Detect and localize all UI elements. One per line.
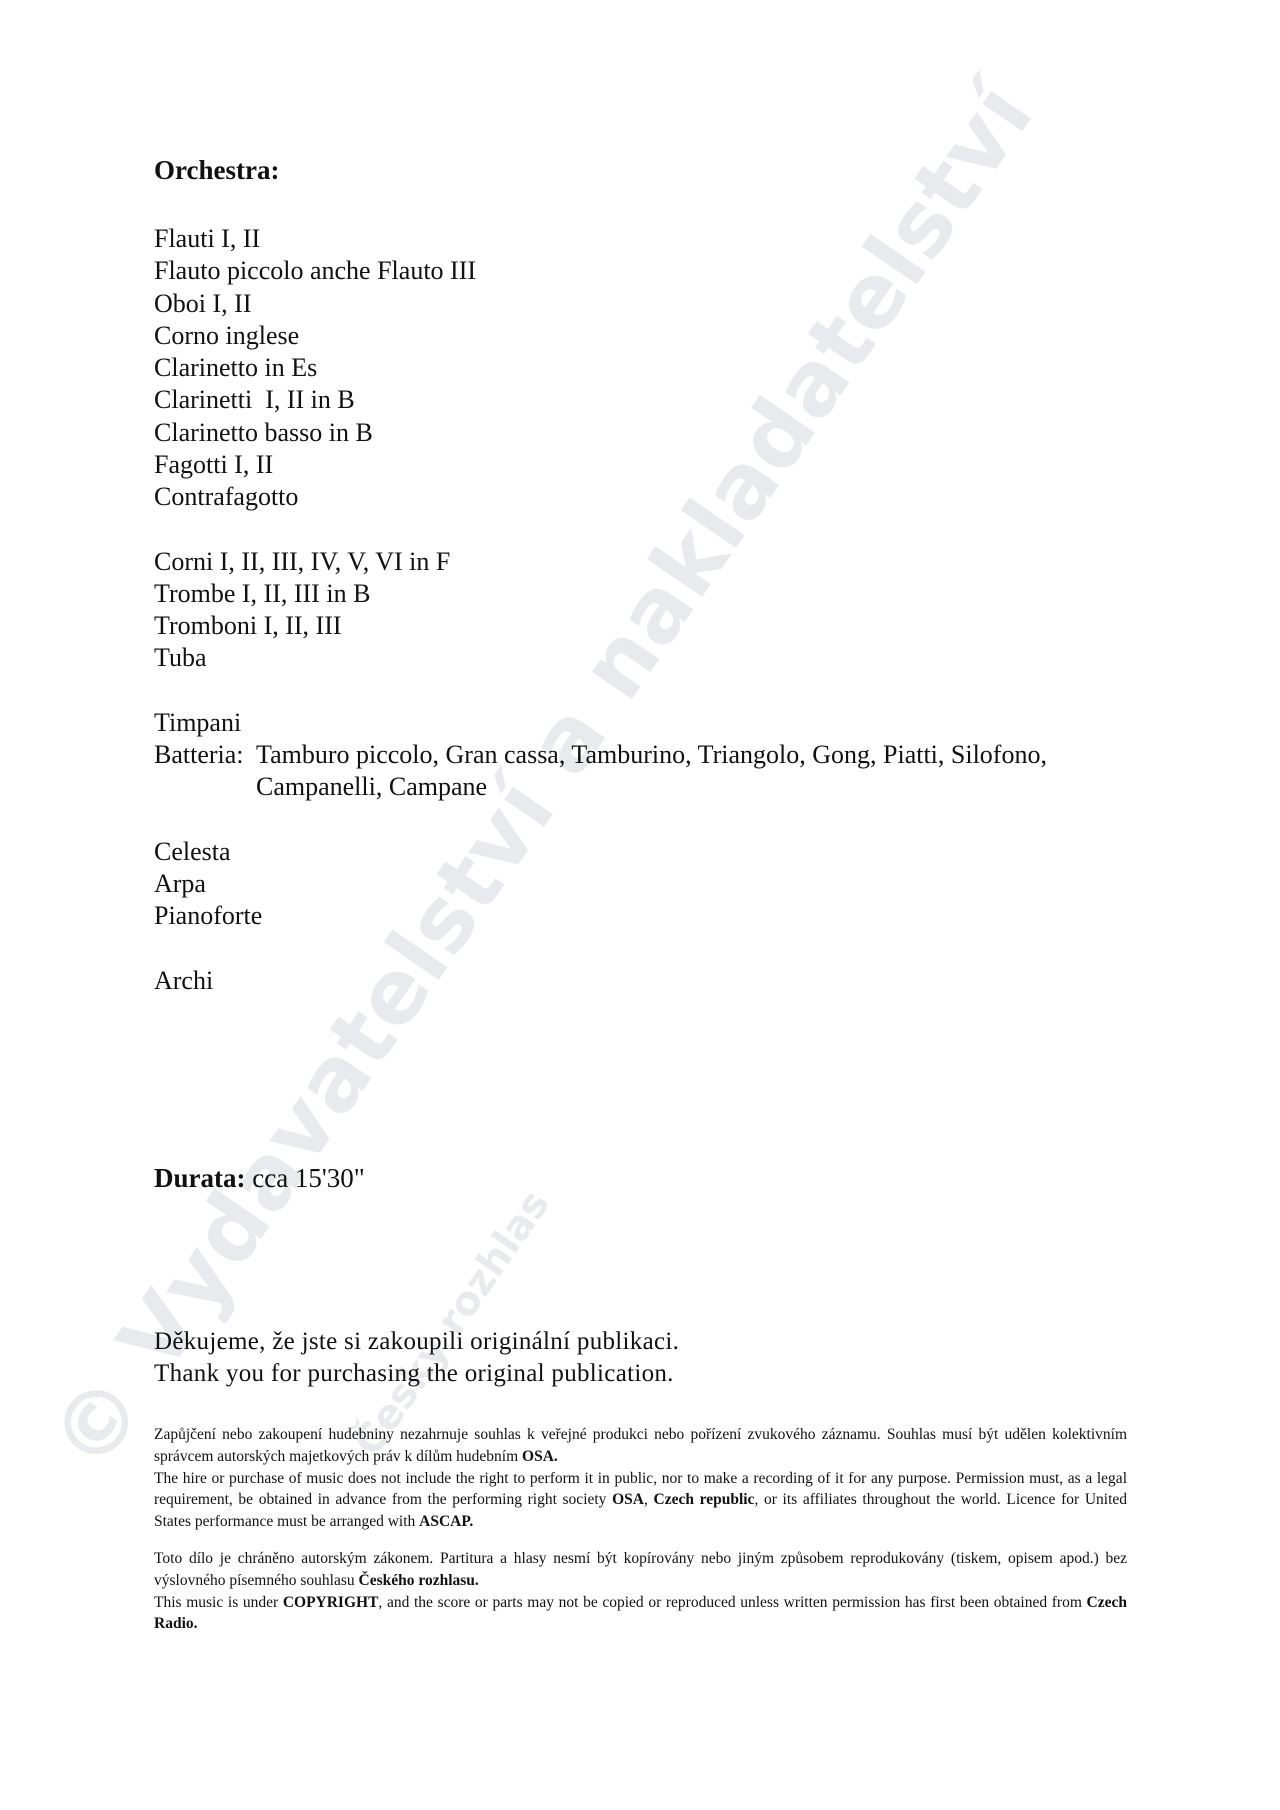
instrument-item: Clarinetto in Es [154,352,1047,384]
duration-label: Durata: [154,1163,245,1193]
thank-you-czech: Děkujeme, že jste si zakoupili origináln… [154,1326,679,1358]
instrument-item: Tuba [154,642,1047,674]
instrument-item: Clarinetto basso in B [154,417,1047,449]
instrument-item: Oboi I, II [154,288,1047,320]
copyright-text: This music is under [154,1594,283,1611]
cesky-rozhlas-bold: Českého rozhlasu. [359,1572,479,1589]
document-page: © Vydavatelství a nakladatelství Český r… [0,0,1280,1810]
rights-text: , [644,1491,654,1508]
czech-republic-bold: Czech republic [654,1491,755,1508]
section-spacer [154,675,1047,707]
instrument-item: Flauto piccolo anche Flauto III [154,255,1047,287]
batteria-instruments: Tamburo piccolo, Gran cassa, Tamburino, … [256,739,1047,771]
instrument-item: Flauti I, II [154,223,1047,255]
ascap-bold: ASCAP. [419,1513,473,1530]
instrumentation-list: Flauti I, II Flauto piccolo anche Flauto… [154,223,1047,997]
batteria-continuation: Campanelli, Campane [154,771,1047,803]
instrument-item: Arpa [154,868,1047,900]
copyright-bold: COPYRIGHT [283,1594,379,1611]
instrument-item: Clarinetti I, II in B [154,384,1047,416]
instrument-item: Celesta [154,836,1047,868]
osa-bold: OSA. [522,1448,558,1465]
page-content: Orchestra: Flauti I, II Flauto piccolo a… [0,0,1280,1810]
copyright-text: , and the score or parts may not be copi… [378,1594,1086,1611]
instrument-item: Tromboni I, II, III [154,610,1047,642]
instrument-item: Pianoforte [154,900,1047,932]
instrument-item: Archi [154,965,1047,997]
orchestra-heading: Orchestra: [154,152,279,188]
instrument-item: Trombe I, II, III in B [154,578,1047,610]
duration-value: cca 15'30" [252,1163,365,1193]
batteria-line: Batteria: Tamburo piccolo, Gran cassa, T… [154,739,1047,771]
copyright-text: Toto dílo je chráněno autorským zákonem.… [154,1550,1127,1589]
section-spacer [154,804,1047,836]
rights-notice-english: The hire or purchase of music does not i… [154,1468,1127,1533]
thank-you-english: Thank you for purchasing the original pu… [154,1358,679,1390]
copyright-notice: Toto dílo je chráněno autorským zákonem.… [154,1548,1127,1635]
performance-rights-notice: Zapůjčení nebo zakoupení hudebniny nezah… [154,1424,1127,1533]
instrument-item: Corni I, II, III, IV, V, VI in F [154,546,1047,578]
section-spacer [154,933,1047,965]
instrument-item: Fagotti I, II [154,449,1047,481]
instrument-item: Timpani [154,707,1047,739]
section-spacer [154,513,1047,545]
rights-text: Zapůjčení nebo zakoupení hudebniny nezah… [154,1426,1127,1465]
copyright-notice-english: This music is under COPYRIGHT, and the s… [154,1592,1127,1636]
osa-bold: OSA [612,1491,644,1508]
thank-you-note: Děkujeme, že jste si zakoupili origináln… [154,1326,679,1390]
copyright-notice-czech: Toto dílo je chráněno autorským zákonem.… [154,1548,1127,1592]
duration-line: Durata: cca 15'30" [154,1160,365,1196]
rights-notice-czech: Zapůjčení nebo zakoupení hudebniny nezah… [154,1424,1127,1468]
batteria-label: Batteria: [154,739,256,771]
instrument-item: Contrafagotto [154,481,1047,513]
instrument-item: Corno inglese [154,320,1047,352]
